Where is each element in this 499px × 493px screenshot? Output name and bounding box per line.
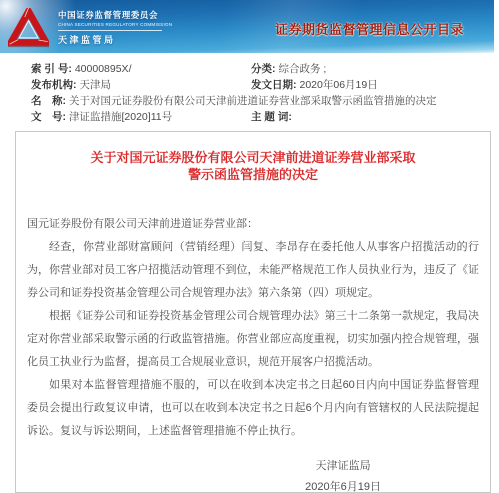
org-branch-name: 天津监管局 (58, 33, 172, 46)
meta-category: 分类:综合政务 ; (251, 61, 485, 77)
salutation: 国元证券股份有限公司天津前进道证券营业部： (27, 213, 479, 236)
paragraph-2: 根据《证券公司和证券投资基金管理公司合规管理办法》第三十二条第一款规定，我局决定… (27, 305, 479, 374)
signature-date: 2020年6月19日 (305, 477, 381, 493)
document-title: 关于对国元证券股份有限公司天津前进道证券营业部采取 警示函监管措施的决定 (27, 149, 479, 183)
meta-index: 索 引 号:40000895X/ (31, 61, 251, 77)
document-title-line1: 关于对国元证券股份有限公司天津前进道证券营业部采取 (27, 149, 479, 166)
meta-index-label: 索 引 号: (31, 63, 72, 75)
meta-docno-label: 文 号: (31, 111, 66, 123)
meta-issue-date-label: 发文日期: (251, 79, 297, 91)
meta-subject: 主 题 词: (251, 109, 485, 125)
site-banner: 中国证券监督管理委员会 CHINA SECURITIES REGULATORY … (0, 0, 494, 53)
meta-index-value: 40000895X/ (75, 63, 132, 75)
meta-name-label: 名 称: (31, 95, 66, 107)
meta-issuer-value: 天津局 (80, 79, 112, 91)
csrc-logo-icon (8, 8, 49, 49)
org-name-en: CHINA SECURITIES REGULATORY COMMISSION (58, 22, 172, 27)
org-name-cn: 中国证券监督管理委员会 (58, 9, 172, 21)
meta-row-3: 名 称:关于对国元证券股份有限公司天津前进道证券营业部采取警示函监管措施的决定 (31, 93, 485, 109)
meta-issuer: 发布机构:天津局 (31, 77, 251, 93)
document-content-box: 关于对国元证券股份有限公司天津前进道证券营业部采取 警示函监管措施的决定 国元证… (15, 131, 491, 493)
directory-title: 证券期货监督管理信息公开目录 (275, 19, 464, 38)
disclosure-page: 中国证券监督管理委员会 CHINA SECURITIES REGULATORY … (0, 0, 499, 493)
meta-name: 名 称:关于对国元证券股份有限公司天津前进道证券营业部采取警示函监管措施的决定 (31, 93, 485, 109)
meta-docno: 文 号:津证监措施[2020]11号 (31, 109, 251, 125)
signature-block: 天津证监局 2020年6月19日 (305, 456, 381, 493)
document-metadata: 索 引 号:40000895X/ 分类:综合政务 ; 发布机构:天津局 发文日期… (0, 53, 499, 125)
org-divider (58, 30, 162, 31)
signature-org: 天津证监局 (305, 456, 381, 477)
meta-issue-date: 发文日期:2020年06月19日 (251, 77, 485, 93)
meta-category-value: 综合政务 ; (279, 63, 327, 75)
meta-subject-label: 主 题 词: (251, 111, 292, 123)
meta-name-value: 关于对国元证券股份有限公司天津前进道证券营业部采取警示函监管措施的决定 (69, 95, 437, 107)
meta-row-2: 发布机构:天津局 发文日期:2020年06月19日 (31, 77, 485, 93)
meta-category-label: 分类: (251, 63, 276, 75)
meta-row-4: 文 号:津证监措施[2020]11号 主 题 词: (31, 109, 485, 125)
meta-row-1: 索 引 号:40000895X/ 分类:综合政务 ; (31, 61, 485, 77)
meta-issue-date-value: 2020年06月19日 (300, 79, 378, 91)
org-identity: 中国证券监督管理委员会 CHINA SECURITIES REGULATORY … (58, 9, 172, 46)
meta-docno-value: 津证监措施[2020]11号 (69, 111, 172, 123)
meta-issuer-label: 发布机构: (31, 79, 77, 91)
document-body: 国元证券股份有限公司天津前进道证券营业部： 经查，你营业部财富顾问（营销经理）闫… (27, 213, 479, 443)
paragraph-1: 经查，你营业部财富顾问（营销经理）闫复、李昂存在委托他人从事客户招揽活动的行为，… (27, 236, 479, 305)
paragraph-3: 如果对本监督管理措施不服的，可以在收到本决定书之日起60日内向中国证券监督管理委… (27, 374, 479, 443)
document-title-line2: 警示函监管措施的决定 (27, 166, 479, 183)
